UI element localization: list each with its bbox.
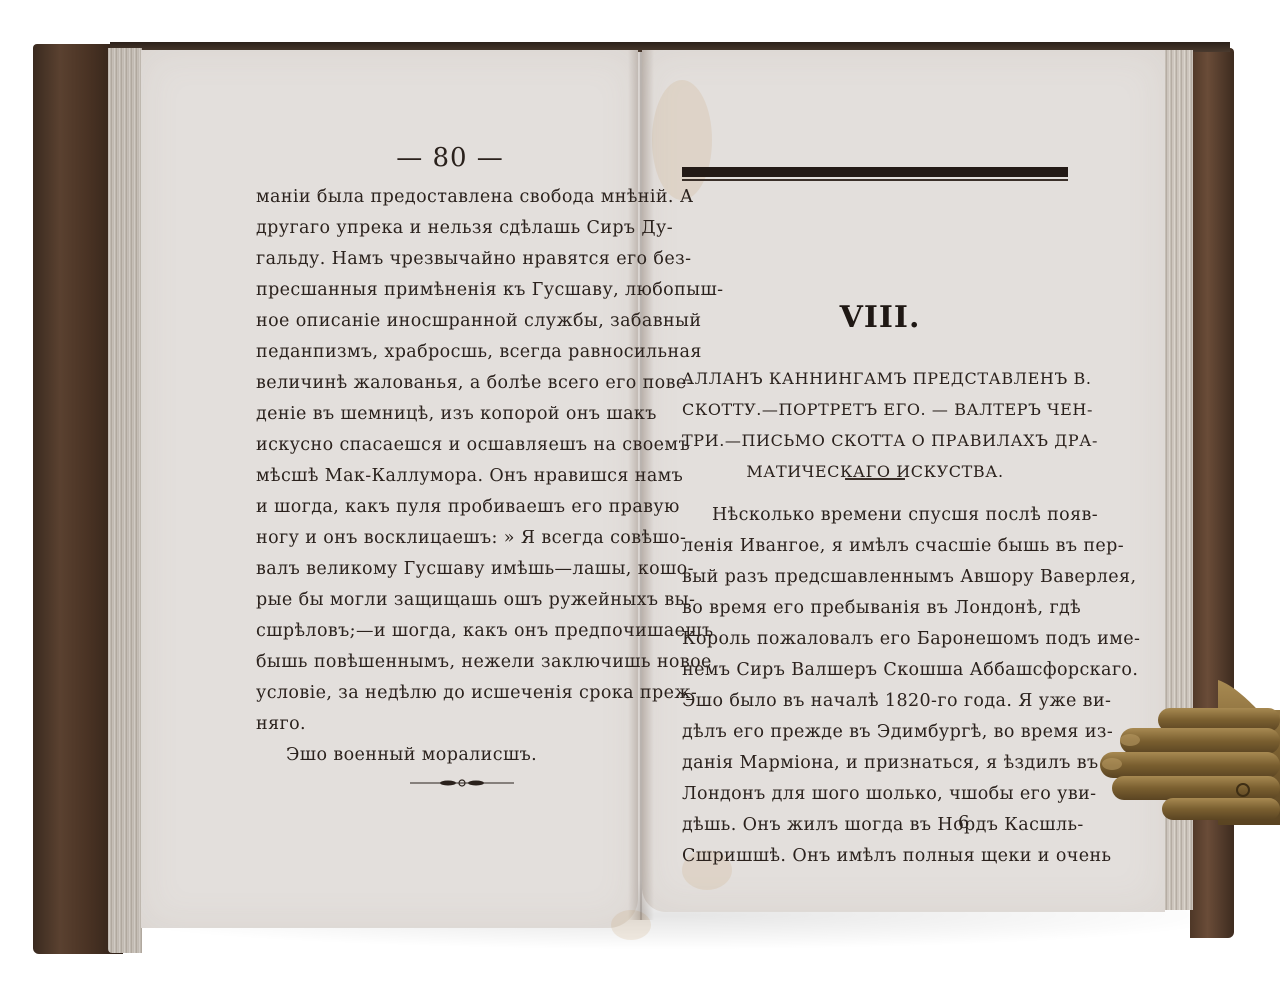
signature-mark: 6 xyxy=(958,812,969,833)
text-line: рые бы могли защищашь ошъ ружейныхъ вы- xyxy=(256,585,618,616)
text-line: ное описаніе иносшранной службы, забавны… xyxy=(256,306,618,337)
chapter-number: VIII. xyxy=(820,300,940,335)
text-line: бышь повѣшеннымъ, нежели заключишь новое xyxy=(256,647,618,678)
text-line: ногу и онъ восклицаешъ: » Я всегда совѣш… xyxy=(256,523,618,554)
chapter-heading-rule-thin xyxy=(682,179,1068,181)
tailpiece-ornament-icon xyxy=(408,778,516,788)
chapter-heading-rule xyxy=(682,167,1068,177)
left-page-body: маніи была предоставлена свобода мнѣній.… xyxy=(256,182,618,771)
text-line: и шогда, какъ пуля пробиваешъ его правую xyxy=(256,492,618,523)
right-page-body: Нѣсколько времени спусшя послѣ появ- лен… xyxy=(682,500,1068,872)
foxing-stain xyxy=(652,80,712,200)
text-line: гальду. Намъ чрезвычайно нравятся его бе… xyxy=(256,244,618,275)
text-line: няго. xyxy=(256,709,618,740)
text-line: деніе въ шемницѣ, изъ копорой онъ шакъ xyxy=(256,399,618,430)
text-line: мѣсшѣ Мак-Каллумора. Онъ нравишся намъ xyxy=(256,461,618,492)
text-line: сшрѣловъ;—и шогда, какъ онъ предпочишаеш… xyxy=(256,616,618,647)
text-line: валъ великому Гусшаву имѣшь—лашы, кошо- xyxy=(256,554,618,585)
text-line: условіе, за недѣлю до исшеченія срока пр… xyxy=(256,678,618,709)
text-line: величинѣ жалованья, а болѣе всего его по… xyxy=(256,368,618,399)
text-line: Нѣсколько времени спусшя послѣ появ- xyxy=(682,500,1068,531)
text-line: данія Марміона, и признаться, я ѣздилъ в… xyxy=(682,748,1068,779)
summary-line: СКОТТУ.—ПОРТРЕТЪ ЕГО. — ВАЛТЕРЪ ЧЕН- xyxy=(682,394,1068,425)
text-line: Эшо было въ началѣ 1820-го года. Я уже в… xyxy=(682,686,1068,717)
text-line: немъ Сиръ Валшеръ Скошша Аббашсфорскаго. xyxy=(682,655,1068,686)
summary-line: ТРИ.—ПИСЬМО СКОТТА О ПРАВИЛАХЪ ДРА- xyxy=(682,425,1068,456)
text-line: Лондонъ для шого шолько, чшобы его уви- xyxy=(682,779,1068,810)
page-edges-left xyxy=(108,48,142,953)
page-number: — 80 — xyxy=(390,143,510,173)
text-line: искусно спасаешся и осшавляешъ на своемъ xyxy=(256,430,618,461)
text-line: дѣлъ его прежде въ Эдимбургѣ, во время и… xyxy=(682,717,1068,748)
text-line: маніи была предоставлена свобода мнѣній.… xyxy=(256,182,618,213)
summary-line: АЛЛАНЪ КАННИНГАМЪ ПРЕДСТАВЛЕНЪ В. xyxy=(682,363,1068,394)
text-line: вый разъ предсшавленнымъ Авшору Ваверлея… xyxy=(682,562,1068,593)
text-line: пресшанныя примѣненія къ Гусшаву, любопы… xyxy=(256,275,618,306)
text-line: дѣшь. Онъ жилъ шогда въ Нордъ Касшль- xyxy=(682,810,1068,841)
brass-hand-icon xyxy=(1098,680,1280,825)
summary-line: МАТИЧЕСКАГО ИСКУСТВА. xyxy=(682,456,1068,487)
closing-line: Эшо военный моралисшъ. xyxy=(256,740,618,771)
text-line: другаго упрека и нельзя сдѣлашь Сиръ Ду- xyxy=(256,213,618,244)
chapter-summary: АЛЛАНЪ КАННИНГАМЪ ПРЕДСТАВЛЕНЪ В. СКОТТУ… xyxy=(682,363,1068,487)
section-divider xyxy=(845,478,905,480)
text-line: педанпизмъ, храбросшь, всегда равносильн… xyxy=(256,337,618,368)
text-line: Король пожаловалъ его Баронешомъ подъ им… xyxy=(682,624,1068,655)
text-line: ленія Ивангое, я имѣлъ счасшіе бышь въ п… xyxy=(682,531,1068,562)
text-line: во время его пребыванія въ Лондонѣ, гдѣ xyxy=(682,593,1068,624)
text-line: Сшришшѣ. Онъ имѣлъ полныя щеки и очень xyxy=(682,841,1068,872)
